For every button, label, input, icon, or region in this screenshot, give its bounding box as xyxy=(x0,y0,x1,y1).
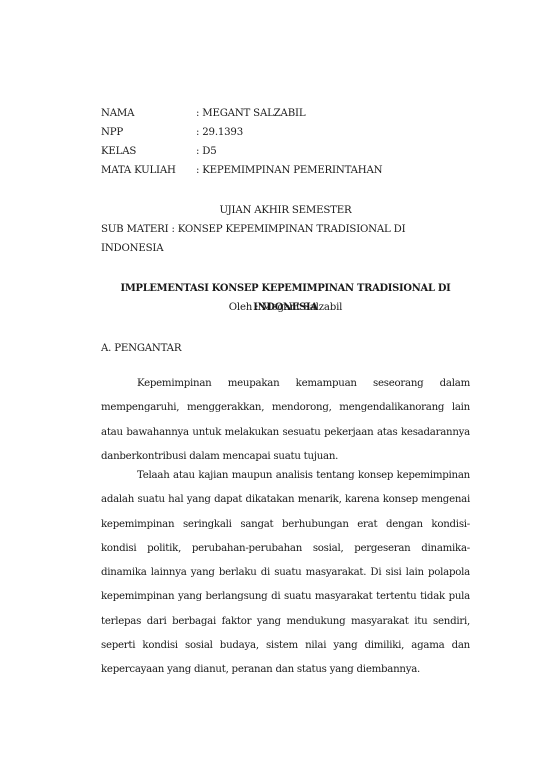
info-row-mata-kuliah: MATA KULIAH : KEPEMIMPINAN PEMERINTAHAN xyxy=(101,161,382,180)
info-label: MATA KULIAH xyxy=(101,161,196,180)
info-value: : MEGANT SALZABIL xyxy=(196,104,305,123)
info-value: : D5 xyxy=(196,142,217,161)
info-label: NPP xyxy=(101,123,196,142)
paragraph: Telaah atau kajian maupun analisis tenta… xyxy=(101,464,470,683)
info-row-npp: NPP : 29.1393 xyxy=(101,123,382,142)
document-page: NAMA : MEGANT SALZABIL NPP : 29.1393 KEL… xyxy=(0,0,550,777)
student-info-table: NAMA : MEGANT SALZABIL NPP : 29.1393 KEL… xyxy=(101,104,382,180)
document-author: Oleh : Megant Salzabil xyxy=(101,298,470,317)
paragraph: Kepemimpinan meupakan kemampuan seseoran… xyxy=(101,372,470,469)
info-label: NAMA xyxy=(101,104,196,123)
exam-header: UJIAN AKHIR SEMESTER SUB MATERI : KONSEP… xyxy=(101,201,470,239)
info-value: : KEPEMIMPINAN PEMERINTAHAN xyxy=(196,161,382,180)
info-label: KELAS xyxy=(101,142,196,161)
info-row-nama: NAMA : MEGANT SALZABIL xyxy=(101,104,382,123)
section-heading: A. PENGANTAR xyxy=(101,339,181,358)
info-value: : 29.1393 xyxy=(196,123,243,142)
info-row-kelas: KELAS : D5 xyxy=(101,142,382,161)
sub-materi: SUB MATERI : KONSEP KEPEMIMPINAN TRADISI… xyxy=(101,220,470,239)
exam-title: UJIAN AKHIR SEMESTER xyxy=(101,201,470,220)
